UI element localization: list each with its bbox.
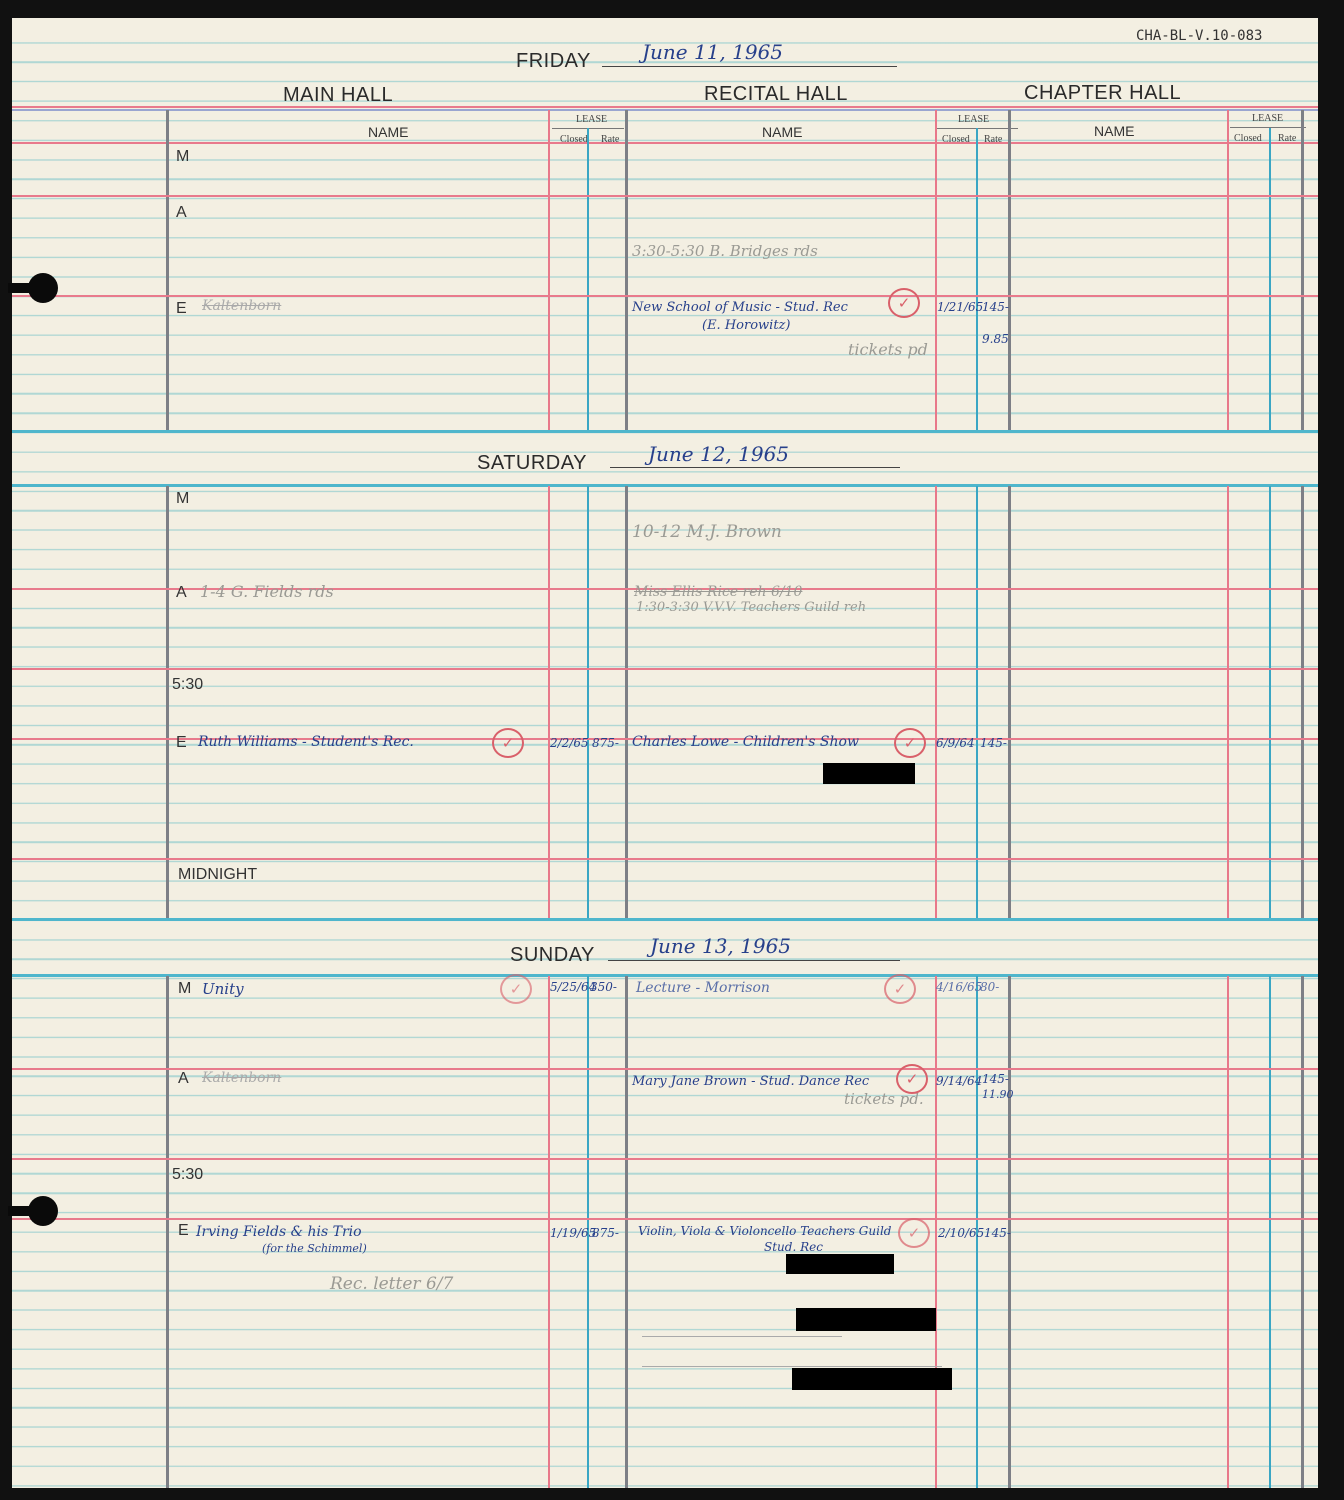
- saturday-recital-morning-note: 10-12 M.J. Brown: [632, 522, 782, 542]
- col-head-name-chapter: NAME: [1094, 123, 1134, 139]
- slot-label: MIDNIGHT: [178, 866, 257, 884]
- check-icon: ✓: [896, 1064, 928, 1094]
- slot-label: E: [178, 1222, 189, 1240]
- sunday-recital-morning-closed: 4/16/65: [936, 980, 982, 994]
- saturday-main-evening-rate: 875-: [592, 736, 619, 750]
- sunday-recital-morning-rate: 80-: [980, 980, 999, 994]
- redaction-block: [796, 1308, 936, 1331]
- sunday-recital-evening-sub: Stud. Rec: [764, 1240, 823, 1254]
- slot-label: E: [176, 734, 187, 752]
- friday-recital-evening-extra: 9.85: [982, 332, 1009, 346]
- redaction-block: [786, 1254, 894, 1274]
- saturday-recital-afternoon-note: 1:30-3:30 V.V.V. Teachers Guild reh: [636, 600, 866, 615]
- slot-label: M: [178, 980, 191, 998]
- sunday-main-evening-closed: 1/19/65: [550, 1226, 596, 1240]
- sunday-recital-evening-rate: 145-: [984, 1226, 1011, 1240]
- hall-title-chapter: CHAPTER HALL: [1024, 82, 1181, 105]
- saturday-main-evening-name: Ruth Williams - Student's Rec.: [198, 734, 414, 750]
- sunday-recital-afternoon-rate: 145-: [982, 1072, 1009, 1086]
- col-head-lease-main: LEASE: [576, 114, 607, 125]
- col-head-lease-chapter: LEASE: [1252, 113, 1283, 124]
- check-icon: ✓: [492, 728, 524, 758]
- date-sunday: June 13, 1965: [650, 934, 791, 958]
- sunday-recital-evening-closed: 2/10/65: [938, 1226, 984, 1240]
- saturday-recital-evening-name: Charles Lowe - Children's Show: [632, 734, 859, 750]
- saturday-main-evening-closed: 2/2/65: [550, 736, 589, 750]
- day-label-friday: FRIDAY: [516, 50, 591, 73]
- saturday-recital-afternoon-strike: Miss Ellis Rice reh 6/10: [634, 584, 802, 600]
- check-icon: ✓: [888, 288, 920, 318]
- binder-hole-tab: [8, 1206, 38, 1216]
- date-line-saturday: June 12, 1965: [610, 442, 900, 468]
- slot-label: A: [176, 204, 187, 222]
- friday-recital-afternoon-note: 3:30-5:30 B. Bridges rds: [632, 242, 818, 260]
- sunday-main-evening-rate: 875-: [592, 1226, 619, 1240]
- hall-title-main: MAIN HALL: [283, 84, 393, 107]
- friday-main-evening-entry: Kaltenborn: [202, 298, 332, 314]
- redaction-block: [823, 763, 915, 784]
- binder-hole-tab: [8, 283, 38, 293]
- sunday-recital-afternoon-extra: 11.90: [982, 1088, 1014, 1101]
- date-line-friday: June 11, 1965: [602, 40, 897, 67]
- sunday-main-afternoon-entry: Kaltenborn: [202, 1070, 302, 1086]
- friday-recital-evening-sub: (E. Horowitz): [702, 318, 790, 333]
- date-friday: June 11, 1965: [642, 40, 783, 64]
- day-label-saturday: SATURDAY: [477, 452, 587, 475]
- day-label-sunday: SUNDAY: [510, 944, 595, 967]
- ledger-page: CHA-BL-V.10-083 FRIDAY June 11, 1965 MAI…: [12, 18, 1318, 1488]
- date-saturday: June 12, 1965: [648, 442, 789, 466]
- redaction-block: [792, 1368, 952, 1390]
- sunday-recital-afternoon-closed: 9/14/64: [936, 1074, 982, 1088]
- slot-label: A: [178, 1070, 189, 1088]
- pencil-strike-line: [642, 1336, 842, 1337]
- saturday-main-afternoon-entry: 1-4 G. Fields rds: [200, 582, 334, 601]
- sunday-recital-evening-name: Violin, Viola & Violoncello Teachers Gui…: [638, 1224, 891, 1238]
- check-icon: ✓: [884, 974, 916, 1004]
- check-icon: ✓: [500, 974, 532, 1004]
- slot-label: E: [176, 300, 187, 318]
- slot-label: 5:30: [172, 1166, 203, 1184]
- slot-label: M: [176, 148, 189, 166]
- sunday-recital-afternoon-name: Mary Jane Brown - Stud. Dance Rec: [632, 1074, 869, 1089]
- check-icon: ✓: [894, 728, 926, 758]
- saturday-recital-evening-rate: 145-: [980, 736, 1007, 750]
- friday-recital-evening-name: New School of Music - Stud. Rec: [632, 300, 848, 315]
- sunday-main-morning-name: Unity: [202, 980, 244, 998]
- slot-label: M: [176, 490, 189, 508]
- sunday-recital-morning-name: Lecture - Morrison: [636, 980, 770, 996]
- slot-label: A: [176, 584, 187, 602]
- col-head-name-main: NAME: [368, 124, 408, 140]
- col-head-name-recital: NAME: [762, 124, 802, 140]
- friday-recital-evening-note: tickets pd: [848, 340, 928, 359]
- hall-title-recital: RECITAL HALL: [704, 83, 848, 106]
- friday-recital-evening-closed: 1/21/65: [937, 300, 983, 314]
- check-icon: ✓: [898, 1218, 930, 1248]
- friday-recital-evening-rate: 145-: [982, 300, 1009, 314]
- pencil-strike-line: [642, 1366, 942, 1367]
- sunday-main-evening-sub: (for the Schimmel): [262, 1242, 367, 1255]
- saturday-recital-evening-closed: 6/9/64: [936, 736, 975, 750]
- sunday-main-evening-note: Rec. letter 6/7: [330, 1274, 453, 1294]
- col-head-lease-recital: LEASE: [958, 114, 989, 125]
- sunday-main-morning-rate: 350-: [590, 980, 617, 994]
- date-line-sunday: June 13, 1965: [608, 934, 900, 961]
- sunday-main-evening-name: Irving Fields & his Trio: [196, 1224, 362, 1240]
- slot-label: 5:30: [172, 676, 203, 694]
- archive-id: CHA-BL-V.10-083: [1136, 28, 1262, 44]
